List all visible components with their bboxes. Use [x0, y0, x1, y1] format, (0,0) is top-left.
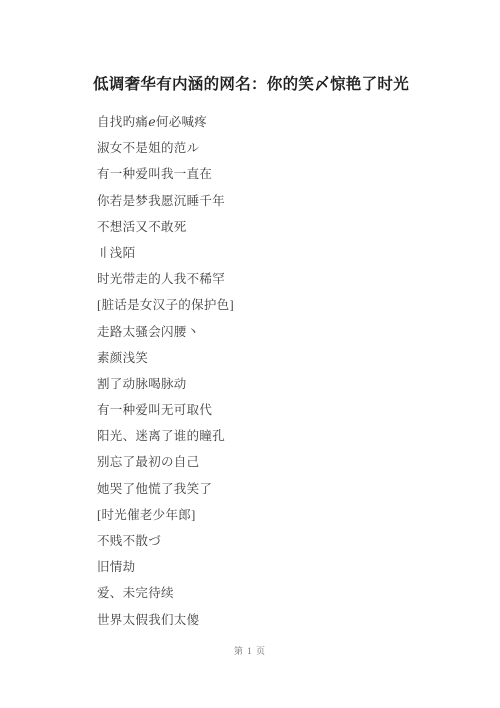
list-item: 有一种爱叫我一直在: [97, 161, 234, 187]
list-item: 阳光、迷离了谁的瞳孔: [97, 423, 234, 449]
list-item: 割了动脉喝脉动: [97, 371, 234, 397]
list-item: 淑女不是姐的范ル: [97, 135, 234, 161]
list-item: 〢浅陌: [97, 240, 234, 266]
list-item: 世界太假我们太傻: [97, 607, 234, 633]
list-item: 她哭了他慌了我笑了: [97, 476, 234, 502]
list-item: [脏话是女汉子的保护色]: [97, 292, 234, 318]
list-item: 自找旳痛ℯ何必喊疼: [97, 109, 234, 135]
list-item: 爱、未完待续: [97, 580, 234, 606]
document-page: 低调奢华有内涵的网名：你的笑〆惊艳了时光 自找旳痛ℯ何必喊疼淑女不是姐的范ル有一…: [0, 0, 500, 708]
list-item: [时光催老少年郎]: [97, 502, 234, 528]
page-number-footer: 第 1 页: [0, 644, 500, 657]
name-list: 自找旳痛ℯ何必喊疼淑女不是姐的范ル有一种爱叫我一直在你若是梦我愿沉睡千年不想活又…: [97, 109, 234, 633]
list-item: 不想活又不敢死: [97, 214, 234, 240]
list-item: 走路太骚会闪腰丶: [97, 319, 234, 345]
list-item: 时光带走的人我不稀罕: [97, 266, 234, 292]
page-title: 低调奢华有内涵的网名：你的笑〆惊艳了时光: [93, 72, 409, 94]
list-item: 你若是梦我愿沉睡千年: [97, 188, 234, 214]
list-item: 别忘了最初の自己: [97, 449, 234, 475]
list-item: 旧情劫: [97, 554, 234, 580]
list-item: 不贱不散づ: [97, 528, 234, 554]
list-item: 有一种爱叫无可取代: [97, 397, 234, 423]
list-item: 素颜浅笑: [97, 345, 234, 371]
